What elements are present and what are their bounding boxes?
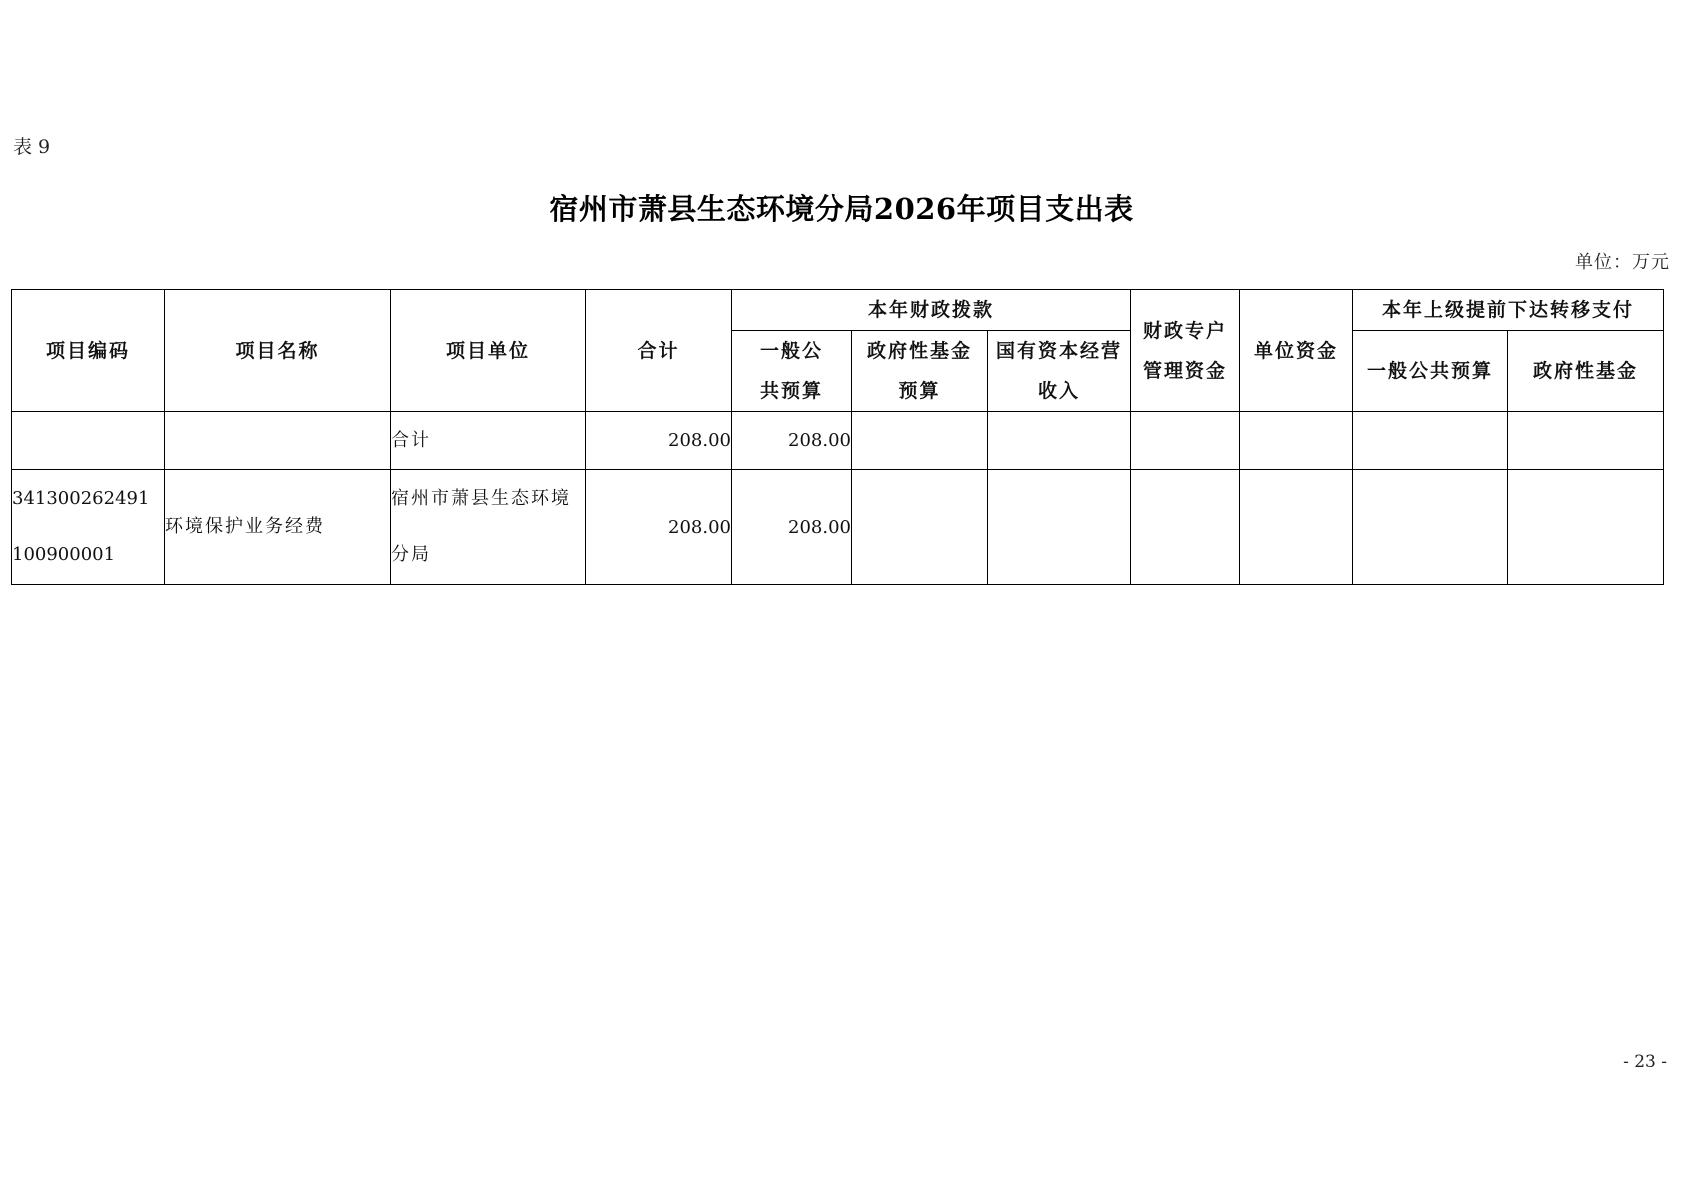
- cell-fiscal-special-account: [1131, 412, 1240, 470]
- header-unit-funds: 单位资金: [1240, 290, 1353, 412]
- cell-transfer-gov-fund: [1508, 412, 1664, 470]
- header-transfer-payment-group: 本年上级提前下达转移支付: [1353, 290, 1664, 331]
- cell-project-code: [12, 412, 165, 470]
- table-label: 表 9: [13, 132, 50, 159]
- cell-gov-fund-budget: [852, 470, 988, 585]
- cell-unit-funds: [1240, 470, 1353, 585]
- header-gov-fund-budget: 政府性基金预算: [852, 331, 988, 412]
- cell-project-code: 341300262491100900001: [12, 470, 165, 585]
- header-state-capital-income: 国有资本经营收入: [988, 331, 1131, 412]
- cell-state-capital-income: [988, 470, 1131, 585]
- cell-project-name: 环境保护业务经费: [165, 470, 391, 585]
- cell-transfer-general-public: [1353, 412, 1508, 470]
- cell-general-public-budget: 208.00: [732, 412, 852, 470]
- cell-project-unit: 合计: [391, 412, 586, 470]
- cell-general-public-budget: 208.00: [732, 470, 852, 585]
- header-project-code: 项目编码: [12, 290, 165, 412]
- cell-unit-funds: [1240, 412, 1353, 470]
- page-number: - 23 -: [1623, 1052, 1667, 1072]
- cell-total: 208.00: [586, 470, 732, 585]
- header-total: 合计: [586, 290, 732, 412]
- cell-state-capital-income: [988, 412, 1131, 470]
- header-project-unit: 项目单位: [391, 290, 586, 412]
- cell-transfer-general-public: [1353, 470, 1508, 585]
- header-fiscal-allocation-group: 本年财政拨款: [732, 290, 1131, 331]
- header-fiscal-special-account: 财政专户管理资金: [1131, 290, 1240, 412]
- cell-gov-fund-budget: [852, 412, 988, 470]
- cell-fiscal-special-account: [1131, 470, 1240, 585]
- cell-project-unit: 宿州市萧县生态环境分局: [391, 470, 586, 585]
- unit-label: 单位：万元: [1575, 248, 1670, 274]
- table-row-total: 合计 208.00 208.00: [12, 412, 1664, 470]
- header-general-public-budget: 一般公共预算: [732, 331, 852, 412]
- header-transfer-general-public: 一般公共预算: [1353, 331, 1508, 412]
- cell-project-name: [165, 412, 391, 470]
- project-expenditure-table: 项目编码 项目名称 项目单位 合计 本年财政拨款 财政专户管理资金 单位资金 本…: [11, 289, 1664, 585]
- header-project-name: 项目名称: [165, 290, 391, 412]
- header-transfer-gov-fund: 政府性基金: [1508, 331, 1664, 412]
- table-row: 341300262491100900001 环境保护业务经费 宿州市萧县生态环境…: [12, 470, 1664, 585]
- cell-total: 208.00: [586, 412, 732, 470]
- cell-transfer-gov-fund: [1508, 470, 1664, 585]
- header-row-1: 项目编码 项目名称 项目单位 合计 本年财政拨款 财政专户管理资金 单位资金 本…: [12, 290, 1664, 331]
- page-title: 宿州市萧县生态环境分局2026年项目支出表: [0, 187, 1683, 228]
